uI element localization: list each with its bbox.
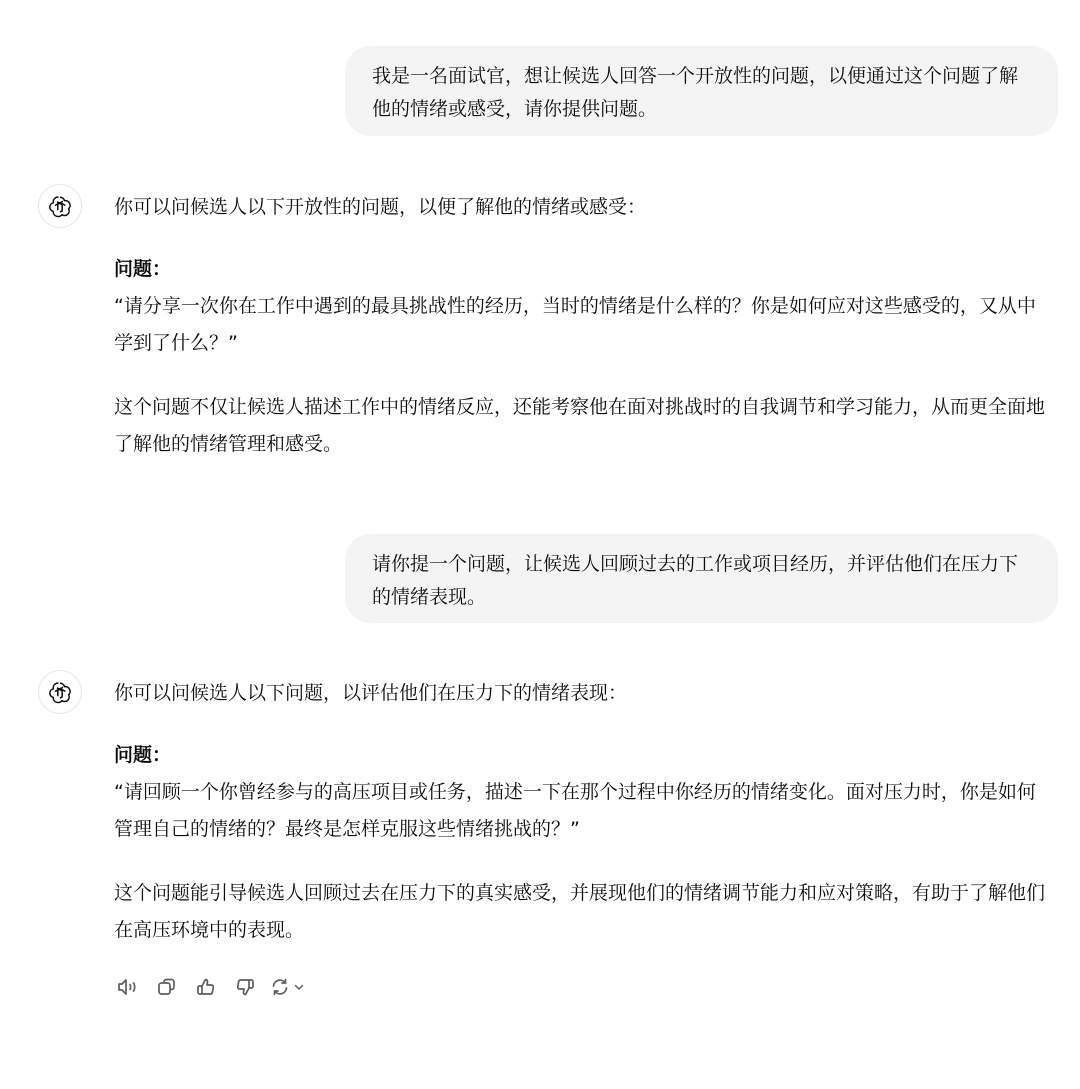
- regenerate-icon: [270, 977, 290, 997]
- assistant-message: 你可以问候选人以下开放性的问题，以便了解他的情绪或感受： 问题： “请分享一次你…: [114, 189, 1054, 463]
- copy-button[interactable]: [153, 973, 181, 1001]
- thumbs-up-icon: [196, 977, 216, 997]
- openai-logo-icon: [48, 680, 72, 704]
- explanation-text: 这个问题能引导候选人回顾过去在压力下的真实感受，并展现他们的情绪调节能力和应对策…: [114, 875, 1054, 949]
- assistant-message: 你可以问候选人以下问题，以评估他们在压力下的情绪表现： 问题： “请回顾一个你曾…: [114, 675, 1054, 949]
- user-message-text: 我是一名面试官，想让候选人回答一个开放性的问题，以便通过这个问题了解他的情绪或感…: [372, 65, 1018, 120]
- user-message-text: 请你提一个问题，让候选人回顾过去的工作或项目经历，并评估他们在压力下的情绪表现。: [372, 553, 1018, 608]
- copy-icon: [157, 977, 177, 997]
- user-message-bubble: 我是一名面试官，想让候选人回答一个开放性的问题，以便通过这个问题了解他的情绪或感…: [345, 46, 1058, 136]
- thumbs-down-icon: [235, 977, 255, 997]
- chevron-down-icon: [293, 981, 305, 993]
- speaker-icon: [117, 977, 139, 997]
- openai-logo-icon: [48, 194, 72, 218]
- assistant-intro-text: 你可以问候选人以下开放性的问题，以便了解他的情绪或感受：: [114, 189, 1054, 226]
- question-label: 问题：: [114, 251, 1054, 288]
- question-quote: “请回顾一个你曾经参与的高压项目或任务，描述一下在那个过程中你经历的情绪变化。面…: [114, 774, 1054, 848]
- question-quote: “请分享一次你在工作中遇到的最具挑战性的经历，当时的情绪是什么样的？你是如何应对…: [114, 288, 1054, 362]
- read-aloud-button[interactable]: [114, 973, 142, 1001]
- question-label: 问题：: [114, 737, 1054, 774]
- assistant-avatar: [38, 670, 82, 714]
- regenerate-button[interactable]: [270, 973, 316, 1001]
- thumbs-down-button[interactable]: [231, 973, 259, 1001]
- thumbs-up-button[interactable]: [192, 973, 220, 1001]
- assistant-avatar: [38, 184, 82, 228]
- message-action-bar: [114, 973, 327, 1001]
- assistant-intro-text: 你可以问候选人以下问题，以评估他们在压力下的情绪表现：: [114, 675, 1054, 712]
- user-message-bubble: 请你提一个问题，让候选人回顾过去的工作或项目经历，并评估他们在压力下的情绪表现。: [345, 534, 1058, 623]
- explanation-text: 这个问题不仅让候选人描述工作中的情绪反应，还能考察他在面对挑战时的自我调节和学习…: [114, 389, 1054, 463]
